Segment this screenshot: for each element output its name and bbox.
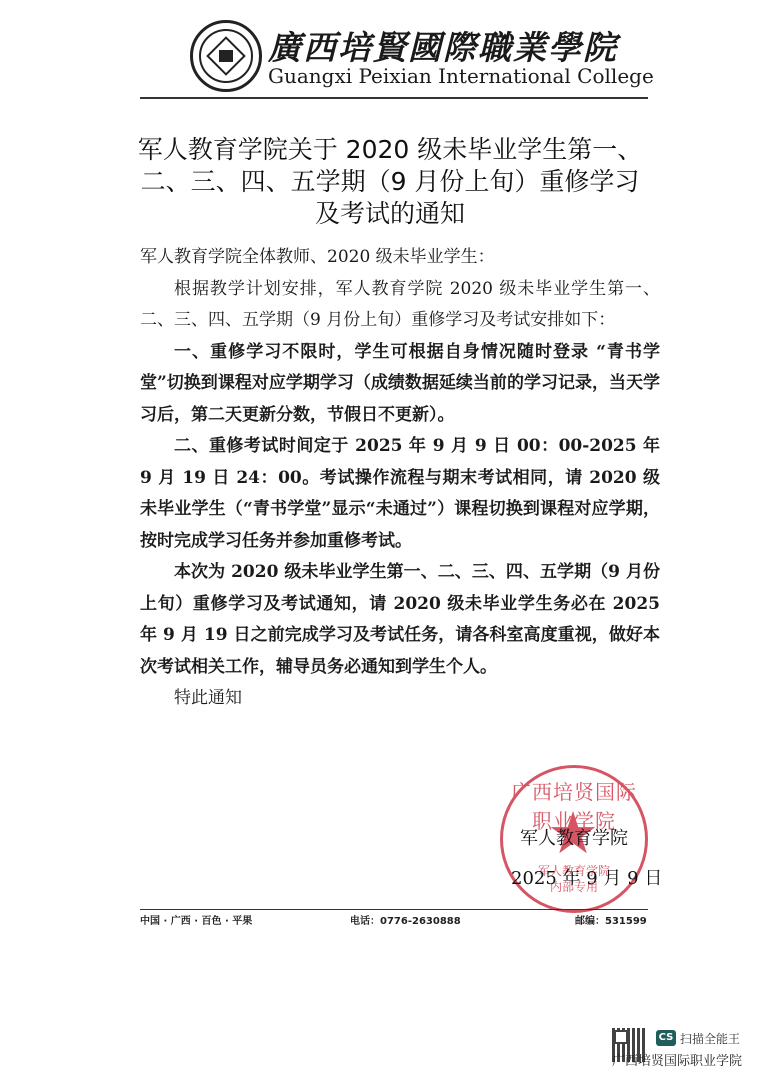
school-name-en: Guangxi Peixian International College xyxy=(268,64,654,88)
footer-phone: 电话：0776-2630888 xyxy=(350,912,461,927)
footer-divider xyxy=(140,909,648,910)
notice-body: 军人教育学院全体教师、2020 级未毕业学生： 根据教学计划安排，军人教育学院 … xyxy=(140,242,660,715)
school-emblem-icon xyxy=(190,20,262,92)
intro-paragraph: 根据教学计划安排，军人教育学院 2020 级未毕业学生第一、二、三、四、五学期（… xyxy=(140,274,660,337)
book-icon xyxy=(219,50,233,62)
scanner-app-name: 扫描全能王 xyxy=(680,1030,740,1047)
closing-paragraph: 本次为 2020 级未毕业学生第一、二、三、四、五学期（9 月份上旬）重修学习及… xyxy=(140,557,660,683)
title-line: 军人教育学院关于 2020 级未毕业学生第一、 xyxy=(120,134,660,166)
footer-location: 中国 · 广西 · 百色 · 平果 xyxy=(140,912,252,927)
item-one-paragraph: 一、重修学习不限时，学生可根据自身情况随时登录 “青书学堂”切换到课程对应学期学… xyxy=(140,337,660,432)
issuer: 军人教育学院 xyxy=(520,824,628,850)
header-divider xyxy=(140,97,648,99)
salutation: 军人教育学院全体教师、2020 级未毕业学生： xyxy=(140,242,660,274)
footer-postcode: 邮编：531599 xyxy=(575,912,647,927)
school-name-cn: 廣西培賢國際職業學院 xyxy=(268,22,618,69)
issue-date: 2025 年 9 月 9 日 xyxy=(511,864,662,890)
notice-title: 军人教育学院关于 2020 级未毕业学生第一、 二、三、四、五学期（9 月份上旬… xyxy=(120,134,660,230)
item-two-paragraph: 二、重修考试时间定于 2025 年 9 月 9 日 00：00-2025 年 9… xyxy=(140,431,660,557)
sign-off: 特此通知 xyxy=(140,683,660,715)
watermark-school: 广西培贤国际职业学院 xyxy=(612,1050,742,1069)
camscanner-logo-icon: CS xyxy=(656,1030,676,1046)
title-line: 及考试的通知 xyxy=(120,198,660,230)
title-line: 二、三、四、五学期（9 月份上旬）重修学习 xyxy=(120,166,660,198)
